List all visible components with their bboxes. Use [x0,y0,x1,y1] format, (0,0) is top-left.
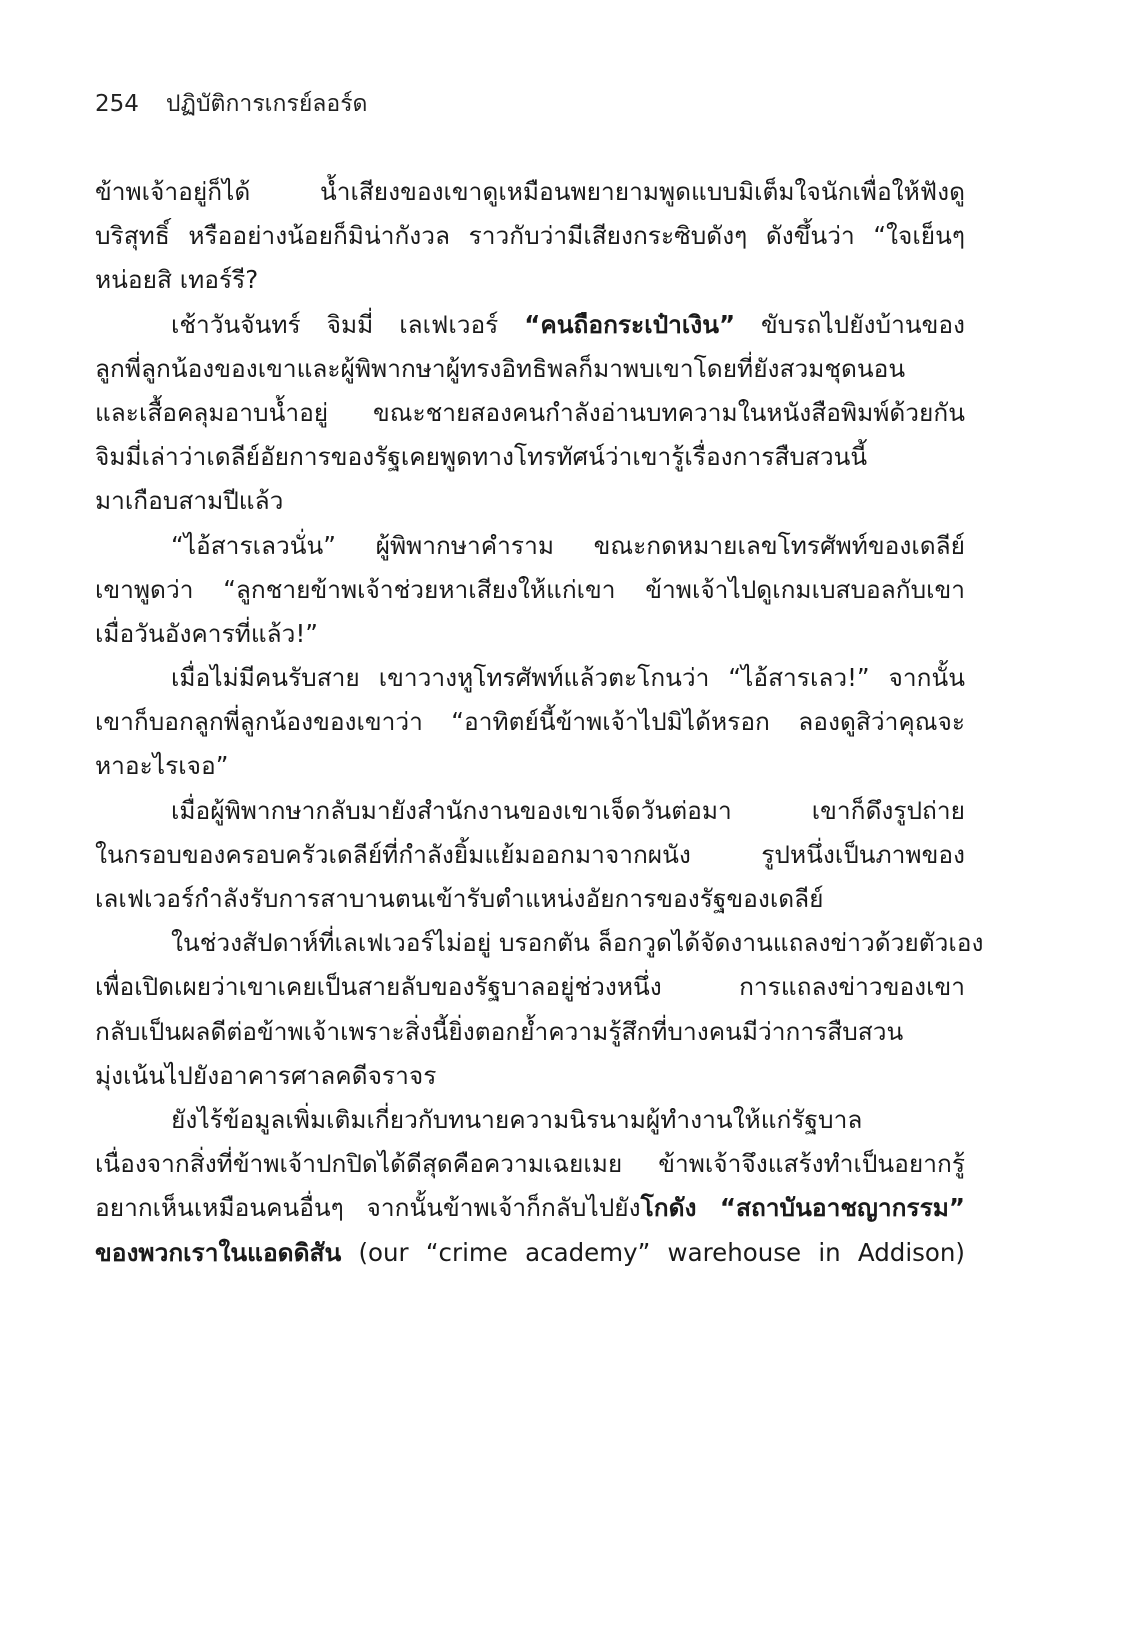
text-line: เมื่อไม่มีคนรับสาย เขาวางหูโทรศัพท์แล้วต… [95,656,965,700]
text-line: บริสุทธิ์ หรืออย่างน้อยก็มิน่ากังวล ราวก… [95,214,965,258]
bold-phrase: โกดัง “สถาบันอาชญากรรม” [641,1193,965,1222]
text-line: ข้าพเจ้าอยู่ก็ได้ น้ำเสียงของเขาดูเหมือน… [95,170,965,214]
text-line: จิมมี่เล่าว่าเดลีย์อัยการของรัฐเคยพูดทาง… [95,435,965,479]
text-line: ในกรอบของครอบครัวเดลีย์ที่กำลังยิ้มแย้มอ… [95,833,965,877]
text-line: หน่อยสิ เทอร์รี? [95,258,965,302]
text-line: เลเฟเวอร์กำลังรับการสาบานตนเข้ารับตำแหน่… [95,877,965,921]
text-line: ลูกพี่ลูกน้องของเขาและผู้พิพากษาผู้ทรงอิ… [95,347,965,391]
text-run: อยากเห็นเหมือนคนอื่นๆ จากนั้นข้าพเจ้าก็ก… [95,1193,641,1222]
bold-phrase: ของพวกเราในแอดดิสัน [95,1238,341,1267]
text-line: หาอะไรเจอ” [95,744,965,788]
body-text: ข้าพเจ้าอยู่ก็ได้ น้ำเสียงของเขาดูเหมือน… [95,170,965,1275]
text-line: และเสื้อคลุมอาบน้ำอยู่ ขณะชายสองคนกำลังอ… [95,391,965,435]
text-run: (our “crime academy” warehouse in Addiso… [341,1238,965,1267]
text-run: เช้าวันจันทร์ จิมมี่ เลเฟเวอร์ [171,310,524,339]
text-line: อยากเห็นเหมือนคนอื่นๆ จากนั้นข้าพเจ้าก็ก… [95,1186,965,1230]
text-line: ยังไร้ข้อมูลเพิ่มเติมเกี่ยวกับทนายความนิ… [95,1098,965,1142]
text-line: เขาพูดว่า “ลูกชายข้าพเจ้าช่วยหาเสียงให้แ… [95,568,965,612]
text-line: กลับเป็นผลดีต่อข้าพเจ้าเพราะสิ่งนี้ยิ่งต… [95,1010,965,1054]
text-line: เนื่องจากสิ่งที่ข้าพเจ้าปกปิดได้ดีสุดคือ… [95,1142,965,1186]
text-line: เช้าวันจันทร์ จิมมี่ เลเฟเวอร์ “คนถือกระ… [95,303,965,347]
text-line: เมื่อผู้พิพากษากลับมายังสำนักงานของเขาเจ… [95,789,965,833]
text-line: มุ่งเน้นไปยังอาคารศาลคดีจราจร [95,1054,965,1098]
page-number: 254 [95,91,139,117]
text-line: ของพวกเราในแอดดิสัน (our “crime academy”… [95,1231,965,1275]
text-line: เพื่อเปิดเผยว่าเขาเคยเป็นสายลับของรัฐบาล… [95,965,965,1009]
text-line: มาเกือบสามปีแล้ว [95,479,965,523]
text-line: เขาก็บอกลูกพี่ลูกน้องของเขาว่า “อาทิตย์น… [95,700,965,744]
text-line: “ไอ้สารเลวนั่น” ผู้พิพากษาคำราม ขณะกดหมา… [95,524,965,568]
bold-nickname: “คนถือกระเป๋าเงิน” [524,310,735,339]
text-line: เมื่อวันอังคารที่แล้ว!” [95,612,965,656]
text-line: ในช่วงสัปดาห์ที่เลเฟเวอร์ไม่อยู่ บรอกตัน… [95,921,965,965]
text-run: ขับรถไปยังบ้านของ [735,310,965,339]
page-header: 254 ปฏิบัติการเกรย์ลอร์ด [95,86,368,122]
running-title: ปฏิบัติการเกรย์ลอร์ด [166,86,368,122]
